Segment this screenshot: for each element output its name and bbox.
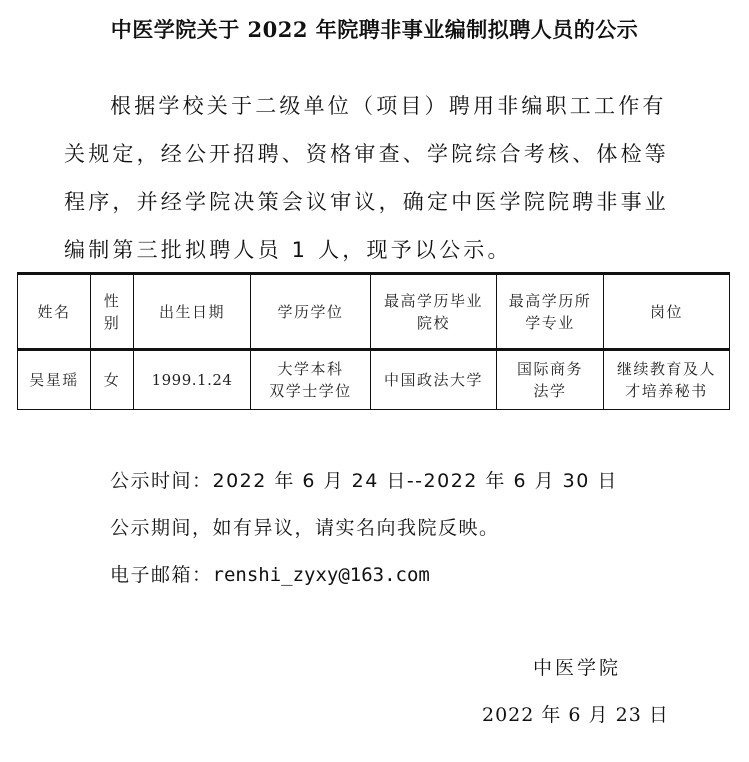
cell-position: 继续教育及人才培养秘书 — [604, 350, 730, 410]
header-position: 岗位 — [604, 274, 730, 350]
notice-period: 公示时间：2022 年 6 月 24 日--2022 年 6 月 30 日 — [110, 458, 670, 505]
body-line: 编制第三批拟聘人员 1 人，现予以公示。 — [64, 226, 664, 274]
email-label: 电子邮箱： — [110, 564, 213, 586]
cell-education: 大学本科双学士学位 — [251, 350, 371, 410]
cell-major: 国际商务法学 — [497, 350, 604, 410]
header-school: 最高学历毕业院校 — [371, 274, 497, 350]
header-major: 最高学历所学专业 — [497, 274, 604, 350]
body-line: 关规定，经公开招聘、资格审查、学院综合考核、体检等 — [64, 130, 664, 178]
body-line: 程序，并经学院决策会议审议，确定中医学院院聘非事业 — [64, 178, 664, 226]
notice-section: 公示时间：2022 年 6 月 24 日--2022 年 6 月 30 日 公示… — [110, 458, 670, 599]
cell-gender: 女 — [91, 350, 134, 410]
candidate-table: 姓名 性别 出生日期 学历学位 最高学历毕业院校 最高学历所学专业 岗位 吴星瑶… — [17, 272, 730, 410]
signature-organization: 中医学院 — [533, 653, 621, 680]
page-title: 中医学院关于 2022 年院聘非事业编制拟聘人员的公示 — [0, 14, 749, 44]
notice-objection: 公示期间，如有异议，请实名向我院反映。 — [110, 505, 670, 552]
notice-email-row: 电子邮箱：renshi_zyxy@163.com — [110, 552, 670, 599]
announcement-body: 根据学校关于二级单位（项目）聘用非编职工工作有 关规定，经公开招聘、资格审查、学… — [64, 82, 664, 274]
cell-school: 中国政法大学 — [371, 350, 497, 410]
table-row: 吴星瑶 女 1999.1.24 大学本科双学士学位 中国政法大学 国际商务法学 … — [18, 350, 730, 410]
header-education: 学历学位 — [251, 274, 371, 350]
signature-date: 2022 年 6 月 23 日 — [482, 700, 669, 727]
table-header-row: 姓名 性别 出生日期 学历学位 最高学历毕业院校 最高学历所学专业 岗位 — [18, 274, 730, 350]
cell-birth-date: 1999.1.24 — [134, 350, 251, 410]
body-line: 根据学校关于二级单位（项目）聘用非编职工工作有 — [64, 82, 664, 130]
header-gender: 性别 — [91, 274, 134, 350]
header-birth-date: 出生日期 — [134, 274, 251, 350]
cell-name: 吴星瑶 — [18, 350, 91, 410]
email-address[interactable]: renshi_zyxy@163.com — [213, 564, 430, 586]
header-name: 姓名 — [18, 274, 91, 350]
